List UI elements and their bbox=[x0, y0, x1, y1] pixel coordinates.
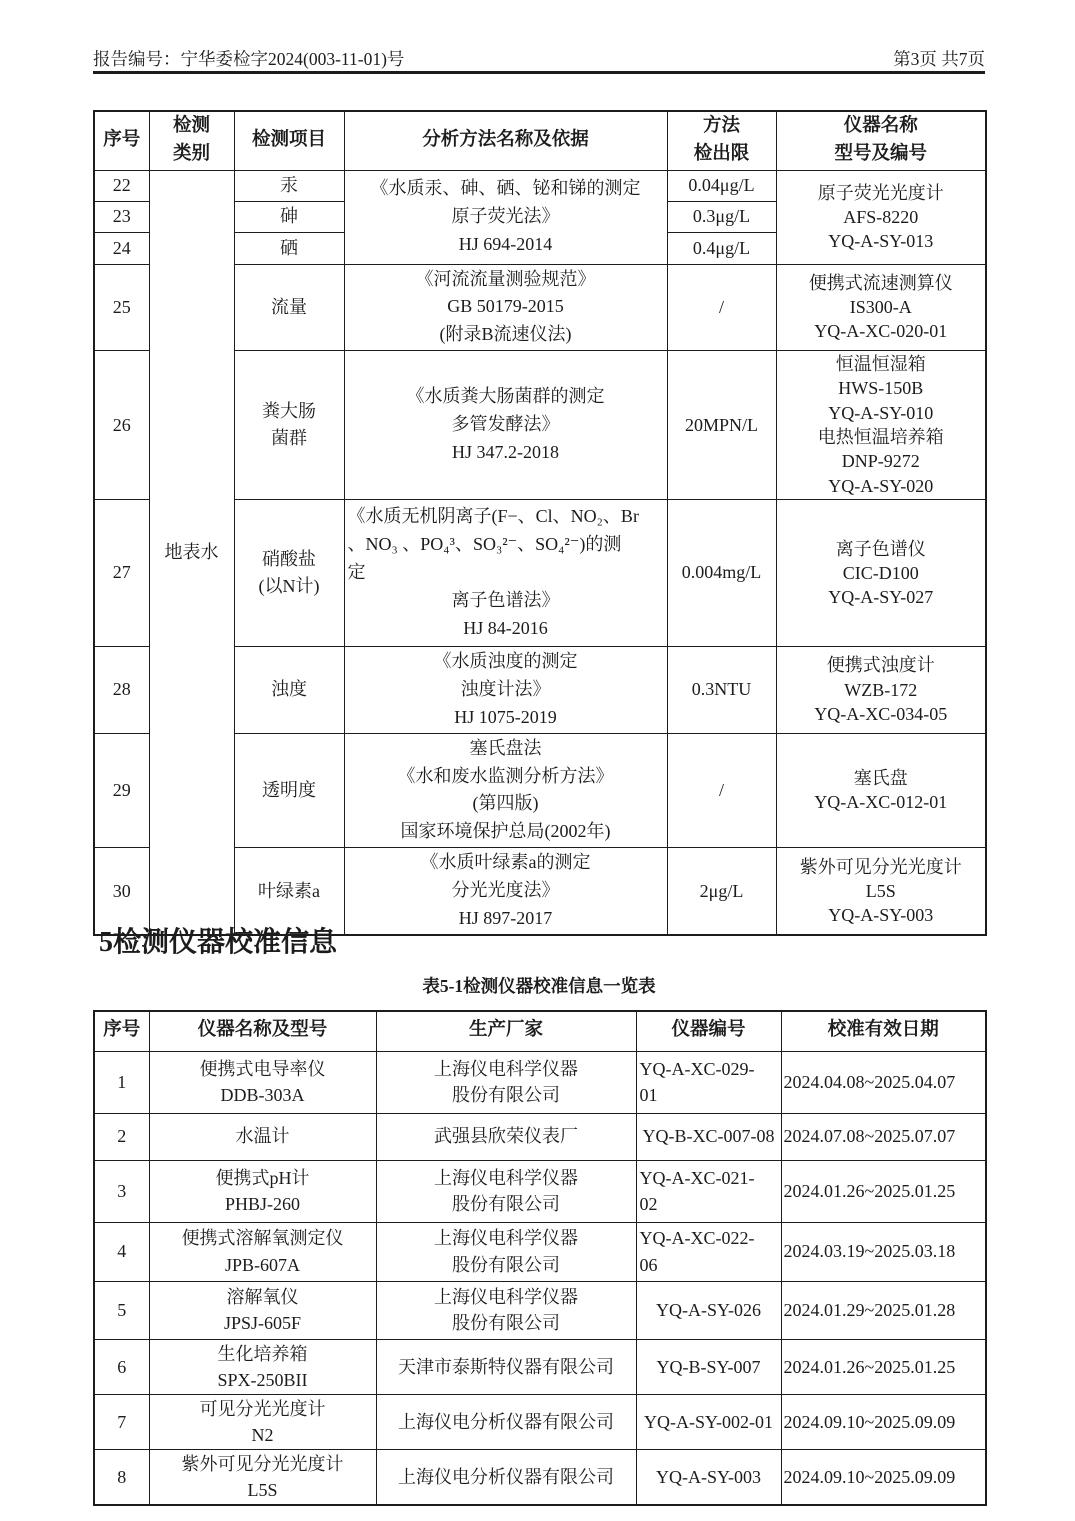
cell-method: 《水质汞、砷、硒、铋和锑的测定原子荧光法》HJ 694-2014 bbox=[344, 170, 667, 264]
cell-method: 《水质叶绿素a的测定分光光度法》HJ 897-2017 bbox=[344, 848, 667, 935]
cell-detection-limit: 0.3NTU bbox=[667, 646, 776, 733]
cell-instrument-id: YQ-A-XC-029-01 bbox=[636, 1051, 781, 1113]
cell-calibration-dates: 2024.03.19~2025.03.18 bbox=[781, 1222, 986, 1281]
calibration-table-head: 序号仪器名称及型号生产厂家仪器编号校准有效日期 bbox=[94, 1011, 986, 1051]
calibration-row-1: 1便携式电导率仪DDB-303A上海仪电科学仪器股份有限公司YQ-A-XC-02… bbox=[94, 1051, 986, 1113]
cell-calibration-dates: 2024.04.08~2025.04.07 bbox=[781, 1051, 986, 1113]
calibration-row-2: 2水温计武强县欣荣仪表厂YQ-B-XC-007-082024.07.08~202… bbox=[94, 1113, 986, 1160]
cell-category: 地表水 bbox=[149, 170, 234, 935]
t1-col-header-5: 仪器名称型号及编号 bbox=[776, 111, 986, 170]
cell-instrument: 紫外可见分光光度计L5SYQ-A-SY-003 bbox=[776, 848, 986, 935]
cell-instrument-id: YQ-A-SY-002-01 bbox=[636, 1394, 781, 1449]
cell-item: 硒 bbox=[234, 232, 344, 264]
calibration-row-3: 3便携式pH计PHBJ-260上海仪电科学仪器股份有限公司YQ-A-XC-021… bbox=[94, 1160, 986, 1222]
cell-detection-limit: / bbox=[667, 264, 776, 351]
cell-method: 塞氏盘法《水和废水监测分析方法》(第四版)国家环境保护总局(2002年) bbox=[344, 733, 667, 848]
cell-manufacturer: 上海仪电科学仪器股份有限公司 bbox=[376, 1281, 636, 1339]
cell-seq-no: 8 bbox=[94, 1449, 149, 1505]
method-row-22: 22地表水汞《水质汞、砷、硒、铋和锑的测定原子荧光法》HJ 694-20140.… bbox=[94, 170, 986, 201]
cell-instrument-id: YQ-B-SY-007 bbox=[636, 1339, 781, 1394]
cell-seq-no: 24 bbox=[94, 232, 149, 264]
header-rule bbox=[93, 71, 985, 74]
cell-item: 粪大肠菌群 bbox=[234, 351, 344, 500]
cell-calibration-dates: 2024.09.10~2025.09.09 bbox=[781, 1394, 986, 1449]
cell-seq-no: 29 bbox=[94, 733, 149, 848]
instrument-calibration-table: 序号仪器名称及型号生产厂家仪器编号校准有效日期 1便携式电导率仪DDB-303A… bbox=[93, 1010, 987, 1506]
cell-calibration-dates: 2024.01.29~2025.01.28 bbox=[781, 1281, 986, 1339]
section-title: 5检测仪器校准信息 bbox=[99, 920, 337, 960]
cell-method: 《水质浊度的测定浊度计法》HJ 1075-2019 bbox=[344, 646, 667, 733]
cell-instrument-name: 溶解氧仪JPSJ-605F bbox=[149, 1281, 376, 1339]
table5-1-caption: 表5-1检测仪器校准信息一览表 bbox=[93, 973, 985, 998]
cell-detection-limit: 0.4μg/L bbox=[667, 232, 776, 264]
cell-seq-no: 23 bbox=[94, 201, 149, 232]
cell-seq-no: 4 bbox=[94, 1222, 149, 1281]
cell-instrument-id: YQ-A-SY-003 bbox=[636, 1449, 781, 1505]
cell-instrument: 原子荧光光度计AFS-8220YQ-A-SY-013 bbox=[776, 170, 986, 264]
cell-manufacturer: 上海仪电科学仪器股份有限公司 bbox=[376, 1160, 636, 1222]
cell-seq-no: 27 bbox=[94, 499, 149, 646]
cell-seq-no: 3 bbox=[94, 1160, 149, 1222]
cell-item: 透明度 bbox=[234, 733, 344, 848]
t2-col-header-4: 校准有效日期 bbox=[781, 1011, 986, 1051]
cell-instrument: 恒温恒湿箱HWS-150BYQ-A-SY-010电热恒温培养箱DNP-9272Y… bbox=[776, 351, 986, 500]
t2-col-header-2: 生产厂家 bbox=[376, 1011, 636, 1051]
calibration-row-4: 4便携式溶解氧测定仪JPB-607A上海仪电科学仪器股份有限公司YQ-A-XC-… bbox=[94, 1222, 986, 1281]
calibration-row-6: 6生化培养箱SPX-250BII天津市泰斯特仪器有限公司YQ-B-SY-0072… bbox=[94, 1339, 986, 1394]
cell-instrument-name: 便携式电导率仪DDB-303A bbox=[149, 1051, 376, 1113]
cell-item: 浊度 bbox=[234, 646, 344, 733]
calibration-table-body: 1便携式电导率仪DDB-303A上海仪电科学仪器股份有限公司YQ-A-XC-02… bbox=[94, 1051, 986, 1505]
cell-item: 硝酸盐(以N计) bbox=[234, 499, 344, 646]
t2-col-header-1: 仪器名称及型号 bbox=[149, 1011, 376, 1051]
cell-manufacturer: 天津市泰斯特仪器有限公司 bbox=[376, 1339, 636, 1394]
cell-manufacturer: 上海仪电分析仪器有限公司 bbox=[376, 1394, 636, 1449]
detection-methods-table: 序号检测类别检测项目分析方法名称及依据方法检出限仪器名称型号及编号 22地表水汞… bbox=[93, 110, 987, 936]
cell-item: 汞 bbox=[234, 170, 344, 201]
cell-detection-limit: 20MPN/L bbox=[667, 351, 776, 500]
t1-col-header-3: 分析方法名称及依据 bbox=[344, 111, 667, 170]
cell-seq-no: 1 bbox=[94, 1051, 149, 1113]
cell-calibration-dates: 2024.01.26~2025.01.25 bbox=[781, 1339, 986, 1394]
cell-detection-limit: 0.3μg/L bbox=[667, 201, 776, 232]
t2-col-header-0: 序号 bbox=[94, 1011, 149, 1051]
cell-instrument: 离子色谱仪CIC-D100YQ-A-SY-027 bbox=[776, 499, 986, 646]
cell-manufacturer: 上海仪电科学仪器股份有限公司 bbox=[376, 1222, 636, 1281]
cell-instrument-name: 可见分光光度计N2 bbox=[149, 1394, 376, 1449]
cell-detection-limit: 0.004mg/L bbox=[667, 499, 776, 646]
cell-seq-no: 22 bbox=[94, 170, 149, 201]
cell-seq-no: 28 bbox=[94, 646, 149, 733]
cell-instrument: 便携式流速测算仪IS300-AYQ-A-XC-020-01 bbox=[776, 264, 986, 351]
cell-instrument-name: 生化培养箱SPX-250BII bbox=[149, 1339, 376, 1394]
cell-seq-no: 25 bbox=[94, 264, 149, 351]
page-header: 报告编号：宁华委检字2024(003-11-01)号 第3页 共7页 bbox=[93, 46, 985, 71]
t1-col-header-2: 检测项目 bbox=[234, 111, 344, 170]
cell-manufacturer: 上海仪电科学仪器股份有限公司 bbox=[376, 1051, 636, 1113]
cell-item: 砷 bbox=[234, 201, 344, 232]
t1-col-header-1: 检测类别 bbox=[149, 111, 234, 170]
report-page: 报告编号：宁华委检字2024(003-11-01)号 第3页 共7页 序号检测类… bbox=[0, 0, 1075, 1521]
calibration-row-5: 5溶解氧仪JPSJ-605F上海仪电科学仪器股份有限公司YQ-A-SY-0262… bbox=[94, 1281, 986, 1339]
cell-method: 《河流流量测验规范》GB 50179-2015(附录B流速仪法) bbox=[344, 264, 667, 351]
cell-method: 《水质粪大肠菌群的测定多管发酵法》HJ 347.2-2018 bbox=[344, 351, 667, 500]
detection-methods-table-body: 22地表水汞《水质汞、砷、硒、铋和锑的测定原子荧光法》HJ 694-20140.… bbox=[94, 170, 986, 935]
t1-col-header-0: 序号 bbox=[94, 111, 149, 170]
cell-instrument-name: 便携式溶解氧测定仪JPB-607A bbox=[149, 1222, 376, 1281]
cell-seq-no: 7 bbox=[94, 1394, 149, 1449]
cell-instrument-name: 水温计 bbox=[149, 1113, 376, 1160]
cell-instrument: 塞氏盘YQ-A-XC-012-01 bbox=[776, 733, 986, 848]
cell-seq-no: 2 bbox=[94, 1113, 149, 1160]
detection-methods-table-head: 序号检测类别检测项目分析方法名称及依据方法检出限仪器名称型号及编号 bbox=[94, 111, 986, 170]
cell-seq-no: 6 bbox=[94, 1339, 149, 1394]
detection-header-row: 序号检测类别检测项目分析方法名称及依据方法检出限仪器名称型号及编号 bbox=[94, 111, 986, 170]
cell-instrument: 便携式浊度计WZB-172YQ-A-XC-034-05 bbox=[776, 646, 986, 733]
cell-calibration-dates: 2024.07.08~2025.07.07 bbox=[781, 1113, 986, 1160]
calibration-row-7: 7可见分光光度计N2上海仪电分析仪器有限公司YQ-A-SY-002-012024… bbox=[94, 1394, 986, 1449]
cell-method: 《水质无机阴离子(F−、Cl、NO₂、Br、NO₃ 、PO₄³、SO₃²⁻、SO… bbox=[344, 499, 667, 646]
report-number: 报告编号：宁华委检字2024(003-11-01)号 bbox=[93, 46, 404, 71]
cell-calibration-dates: 2024.01.26~2025.01.25 bbox=[781, 1160, 986, 1222]
cell-calibration-dates: 2024.09.10~2025.09.09 bbox=[781, 1449, 986, 1505]
cell-manufacturer: 上海仪电分析仪器有限公司 bbox=[376, 1449, 636, 1505]
cell-seq-no: 5 bbox=[94, 1281, 149, 1339]
cell-detection-limit: 0.04μg/L bbox=[667, 170, 776, 201]
cell-instrument-id: YQ-B-XC-007-08 bbox=[636, 1113, 781, 1160]
cell-instrument-id: YQ-A-SY-026 bbox=[636, 1281, 781, 1339]
t2-col-header-3: 仪器编号 bbox=[636, 1011, 781, 1051]
cell-detection-limit: 2μg/L bbox=[667, 848, 776, 935]
cell-instrument-id: YQ-A-XC-021-02 bbox=[636, 1160, 781, 1222]
cell-manufacturer: 武强县欣荣仪表厂 bbox=[376, 1113, 636, 1160]
t1-col-header-4: 方法检出限 bbox=[667, 111, 776, 170]
cell-instrument-name: 紫外可见分光光度计L5S bbox=[149, 1449, 376, 1505]
cell-seq-no: 26 bbox=[94, 351, 149, 500]
cell-instrument-id: YQ-A-XC-022-06 bbox=[636, 1222, 781, 1281]
calibration-row-8: 8紫外可见分光光度计L5S上海仪电分析仪器有限公司YQ-A-SY-0032024… bbox=[94, 1449, 986, 1505]
cell-instrument-name: 便携式pH计PHBJ-260 bbox=[149, 1160, 376, 1222]
cell-item: 流量 bbox=[234, 264, 344, 351]
page-indicator: 第3页 共7页 bbox=[893, 46, 985, 71]
calibration-header-row: 序号仪器名称及型号生产厂家仪器编号校准有效日期 bbox=[94, 1011, 986, 1051]
cell-detection-limit: / bbox=[667, 733, 776, 848]
